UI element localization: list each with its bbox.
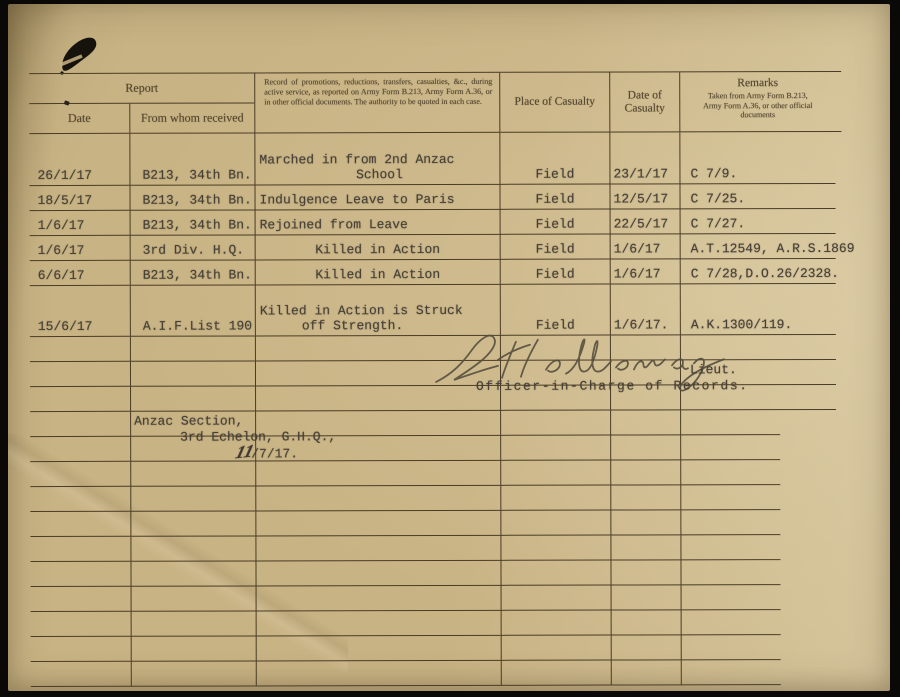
empty-cell <box>31 612 131 637</box>
empty-cell <box>131 661 256 686</box>
entry-casualty-date: 12/5/17 <box>609 184 679 209</box>
form-entries-grid: 26/1/17 B213, 34th Bn. Marched in from 2… <box>29 132 842 337</box>
entry-date: 6/6/17 <box>30 261 130 286</box>
empty-cell <box>255 461 500 487</box>
entry-remarks: A.K.1300/119. <box>680 284 836 335</box>
entry-date: 15/6/17 <box>30 286 130 337</box>
record-line1: Indulgence Leave to Paris <box>260 192 500 208</box>
date-column-header: Date <box>29 104 129 133</box>
empty-cell <box>501 661 611 686</box>
entry-record: Killed in Action <box>255 235 500 261</box>
empty-cell <box>501 586 611 611</box>
empty-cell <box>680 435 780 460</box>
empty-cell <box>680 510 780 535</box>
entry-source: 3rd Div. H.Q. <box>130 235 255 260</box>
signature-title: Officer-in-Charge of Records. <box>476 378 749 394</box>
empty-cell <box>610 560 680 585</box>
empty-cell <box>680 485 780 510</box>
empty-cell <box>130 511 255 536</box>
entry-record: Killed in Action is Struck off Strength. <box>255 285 500 337</box>
record-column-header: Record of promotions, reductions, transf… <box>254 73 499 133</box>
casualty-form-table: Report Date From whom received Record of… <box>29 71 843 687</box>
entry-place: Field <box>499 185 609 210</box>
margin-space <box>781 610 843 635</box>
empty-cell <box>500 486 610 511</box>
empty-cell <box>256 611 501 637</box>
entry-date: 26/1/17 <box>29 134 129 186</box>
footer-unit: Anzac Section, <box>134 414 243 429</box>
remarks-title: Remarks <box>680 76 835 90</box>
empty-cell <box>681 610 781 635</box>
empty-cell <box>500 461 610 486</box>
typed-date-part: /7/17. <box>251 446 298 461</box>
empty-cell <box>256 586 501 612</box>
empty-cell <box>500 536 610 561</box>
entry-remarks: C 7/27. <box>680 209 836 234</box>
empty-rows-lower <box>30 410 843 687</box>
empty-cell <box>611 610 681 635</box>
entry-record: Marched in from 2nd Anzac School <box>254 133 499 186</box>
empty-cell <box>610 410 680 435</box>
record-line1: Rejoined from Leave <box>260 217 500 233</box>
empty-cell <box>130 461 255 486</box>
empty-cell <box>255 486 500 512</box>
entry-place: Field <box>500 210 610 235</box>
empty-cell <box>500 511 610 536</box>
entry-place: Field <box>500 285 610 336</box>
empty-cell <box>130 336 255 361</box>
entry-place: Field <box>499 133 609 185</box>
empty-cell <box>500 436 610 461</box>
entry-place: Field <box>500 235 610 260</box>
empty-cell <box>501 611 611 636</box>
entry-source: B213, 34th Bn. <box>130 260 255 285</box>
margin-space <box>780 560 842 585</box>
empty-cell <box>30 362 130 387</box>
empty-cell <box>680 535 780 560</box>
record-line1: Marched in from 2nd Anzac <box>259 152 499 168</box>
entry-date: 1/6/17 <box>30 211 130 236</box>
entry-remarks: C 7/9. <box>679 132 835 184</box>
entry-record: Indulgence Leave to Paris <box>254 185 499 211</box>
entry-place: Field <box>500 260 610 285</box>
entry-remarks: A.T.12549, A.R.S.1869 <box>680 234 836 259</box>
record-line1: Killed in Action is Struck <box>260 303 500 319</box>
empty-cell <box>30 537 130 562</box>
entry-remarks: C 7/28,D.O.26/2328. <box>680 259 836 284</box>
entry-casualty-date: 1/6/17 <box>610 259 680 284</box>
empty-cell <box>610 485 680 510</box>
empty-cell <box>130 536 255 561</box>
footer-date: 11/7/17. <box>236 441 298 462</box>
empty-cell <box>610 435 680 460</box>
empty-cell <box>30 487 130 512</box>
entry-source: A.I.F.List 190 <box>130 285 255 336</box>
entry-casualty-date: 23/1/17 <box>609 132 679 184</box>
margin-space <box>781 585 843 610</box>
empty-cell <box>255 561 500 587</box>
report-header-label: Report <box>29 73 254 104</box>
signature-rank: Lieut. <box>690 362 737 377</box>
margin-space <box>780 460 842 485</box>
empty-cell <box>131 586 256 611</box>
margin-space <box>780 485 842 510</box>
from-column-header: From whom received <box>129 103 254 132</box>
entry-record: Rejoined from Leave <box>255 210 500 236</box>
remarks-column-header: Remarks Taken from Army Form B.213, Army… <box>679 72 835 131</box>
empty-cell <box>30 412 130 437</box>
form-header-row: Report Date From whom received Record of… <box>29 71 841 134</box>
empty-cell <box>31 637 131 662</box>
entry-casualty-date: 1/6/17. <box>610 284 680 335</box>
entry-date: 18/5/17 <box>29 186 129 211</box>
entry-source: B213, 34th Bn. <box>129 185 254 210</box>
empty-cell <box>30 512 130 537</box>
empty-cell <box>256 636 501 662</box>
empty-cell <box>681 635 781 660</box>
empty-cell <box>131 611 256 636</box>
empty-cell <box>610 510 680 535</box>
margin-space <box>780 510 842 535</box>
margin-space <box>780 410 842 435</box>
entry-source: B213, 34th Bn. <box>130 210 255 235</box>
casualty-date-column-header: Date of Casualty <box>609 72 679 131</box>
empty-cell <box>30 462 130 487</box>
scan-background: Report Date From whom received Record of… <box>0 0 900 697</box>
empty-cell <box>30 562 130 587</box>
entry-remarks: C 7/25. <box>679 184 835 209</box>
empty-cell <box>680 460 780 485</box>
entry-casualty-date: 22/5/17 <box>610 209 680 234</box>
empty-cell <box>255 511 500 537</box>
remarks-subtitle: Taken from Army Form B.213, Army Form A.… <box>680 90 835 120</box>
empty-cell <box>255 536 500 562</box>
empty-cell <box>681 660 781 685</box>
empty-cell <box>611 635 681 660</box>
empty-cell <box>31 662 131 687</box>
entry-record: Killed in Action <box>255 260 500 286</box>
margin-space <box>780 535 842 560</box>
empty-cell <box>500 561 610 586</box>
empty-cell <box>611 660 681 685</box>
margin-space <box>781 635 843 660</box>
empty-cell <box>131 636 256 661</box>
empty-cell <box>610 535 680 560</box>
empty-cell <box>130 561 255 586</box>
empty-cell <box>256 661 501 687</box>
document-paper: Report Date From whom received Record of… <box>8 4 890 691</box>
empty-cell <box>30 387 130 412</box>
empty-cell <box>130 486 255 511</box>
empty-cell <box>611 585 681 610</box>
empty-cell <box>680 560 780 585</box>
empty-cell <box>500 411 610 436</box>
report-subheaders: Date From whom received <box>29 103 254 133</box>
empty-cell <box>681 585 781 610</box>
margin-space <box>781 660 843 685</box>
empty-cell <box>680 410 780 435</box>
empty-cell <box>30 337 130 362</box>
empty-cell <box>130 361 255 386</box>
entry-casualty-date: 1/6/17 <box>610 234 680 259</box>
margin-space <box>780 435 842 460</box>
entry-source: B213, 34th Bn. <box>129 133 254 185</box>
place-column-header: Place of Casualty <box>499 73 609 132</box>
record-line2: School <box>259 167 499 183</box>
empty-cell <box>30 437 130 462</box>
empty-cell <box>501 636 611 661</box>
entry-date: 1/6/17 <box>30 236 130 261</box>
empty-cell <box>130 386 255 411</box>
empty-cell <box>610 460 680 485</box>
empty-cell <box>31 587 131 612</box>
